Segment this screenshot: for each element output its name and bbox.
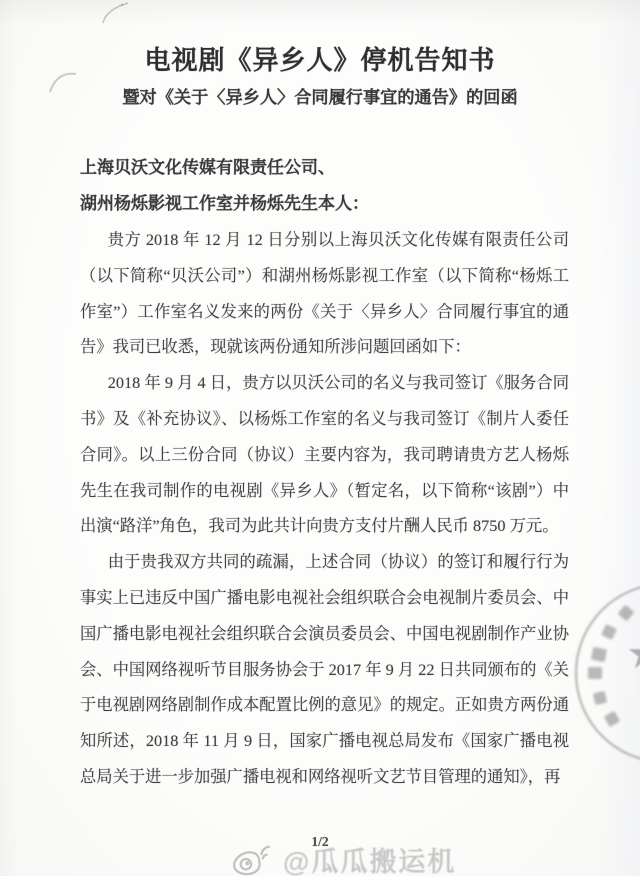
- seal-text-mark: [593, 691, 608, 706]
- body-paragraph-1: 贵方 2018 年 12 月 12 日分别以上海贝沃文化传媒有限责任公司（以下简…: [80, 222, 569, 365]
- seal-ring: [575, 583, 640, 763]
- recipient-line-1: 上海贝沃文化传媒有限责任公司、: [80, 150, 569, 186]
- recipient-line-2: 湖州杨烁影视工作室并杨烁先生本人：: [80, 186, 569, 222]
- seal-text-mark: [604, 711, 620, 727]
- seal-star-icon: ★: [626, 634, 640, 676]
- seal-text-mark: [618, 605, 635, 622]
- recipient-block: 上海贝沃文化传媒有限责任公司、 湖州杨烁影视工作室并杨烁先生本人：: [80, 150, 569, 222]
- seal-text-mark: [588, 667, 602, 679]
- document-body: 贵方 2018 年 12 月 12 日分别以上海贝沃文化传媒有限责任公司（以下简…: [80, 222, 569, 795]
- body-paragraph-2: 2018 年 9 月 4 日，贵方以贝沃公司的名义与我司签订《服务合同书》及《补…: [80, 365, 569, 544]
- page-number: 1/2: [0, 834, 640, 850]
- document-title: 电视剧《异乡人》停机告知书: [0, 44, 640, 78]
- seal-text-mark: [591, 647, 607, 663]
- body-paragraph-3: 由于贵我双方共同的疏漏，上述合同（协议）的签订和履行行为事实上已违反中国广播电影…: [80, 544, 569, 795]
- seal-text-mark: [601, 624, 617, 640]
- document-subtitle: 暨对《关于〈异乡人〉合同履行事宜的通告》的回函: [0, 85, 640, 109]
- document-page: 电视剧《异乡人》停机告知书 暨对《关于〈异乡人〉合同履行事宜的通告》的回函 上海…: [0, 0, 640, 876]
